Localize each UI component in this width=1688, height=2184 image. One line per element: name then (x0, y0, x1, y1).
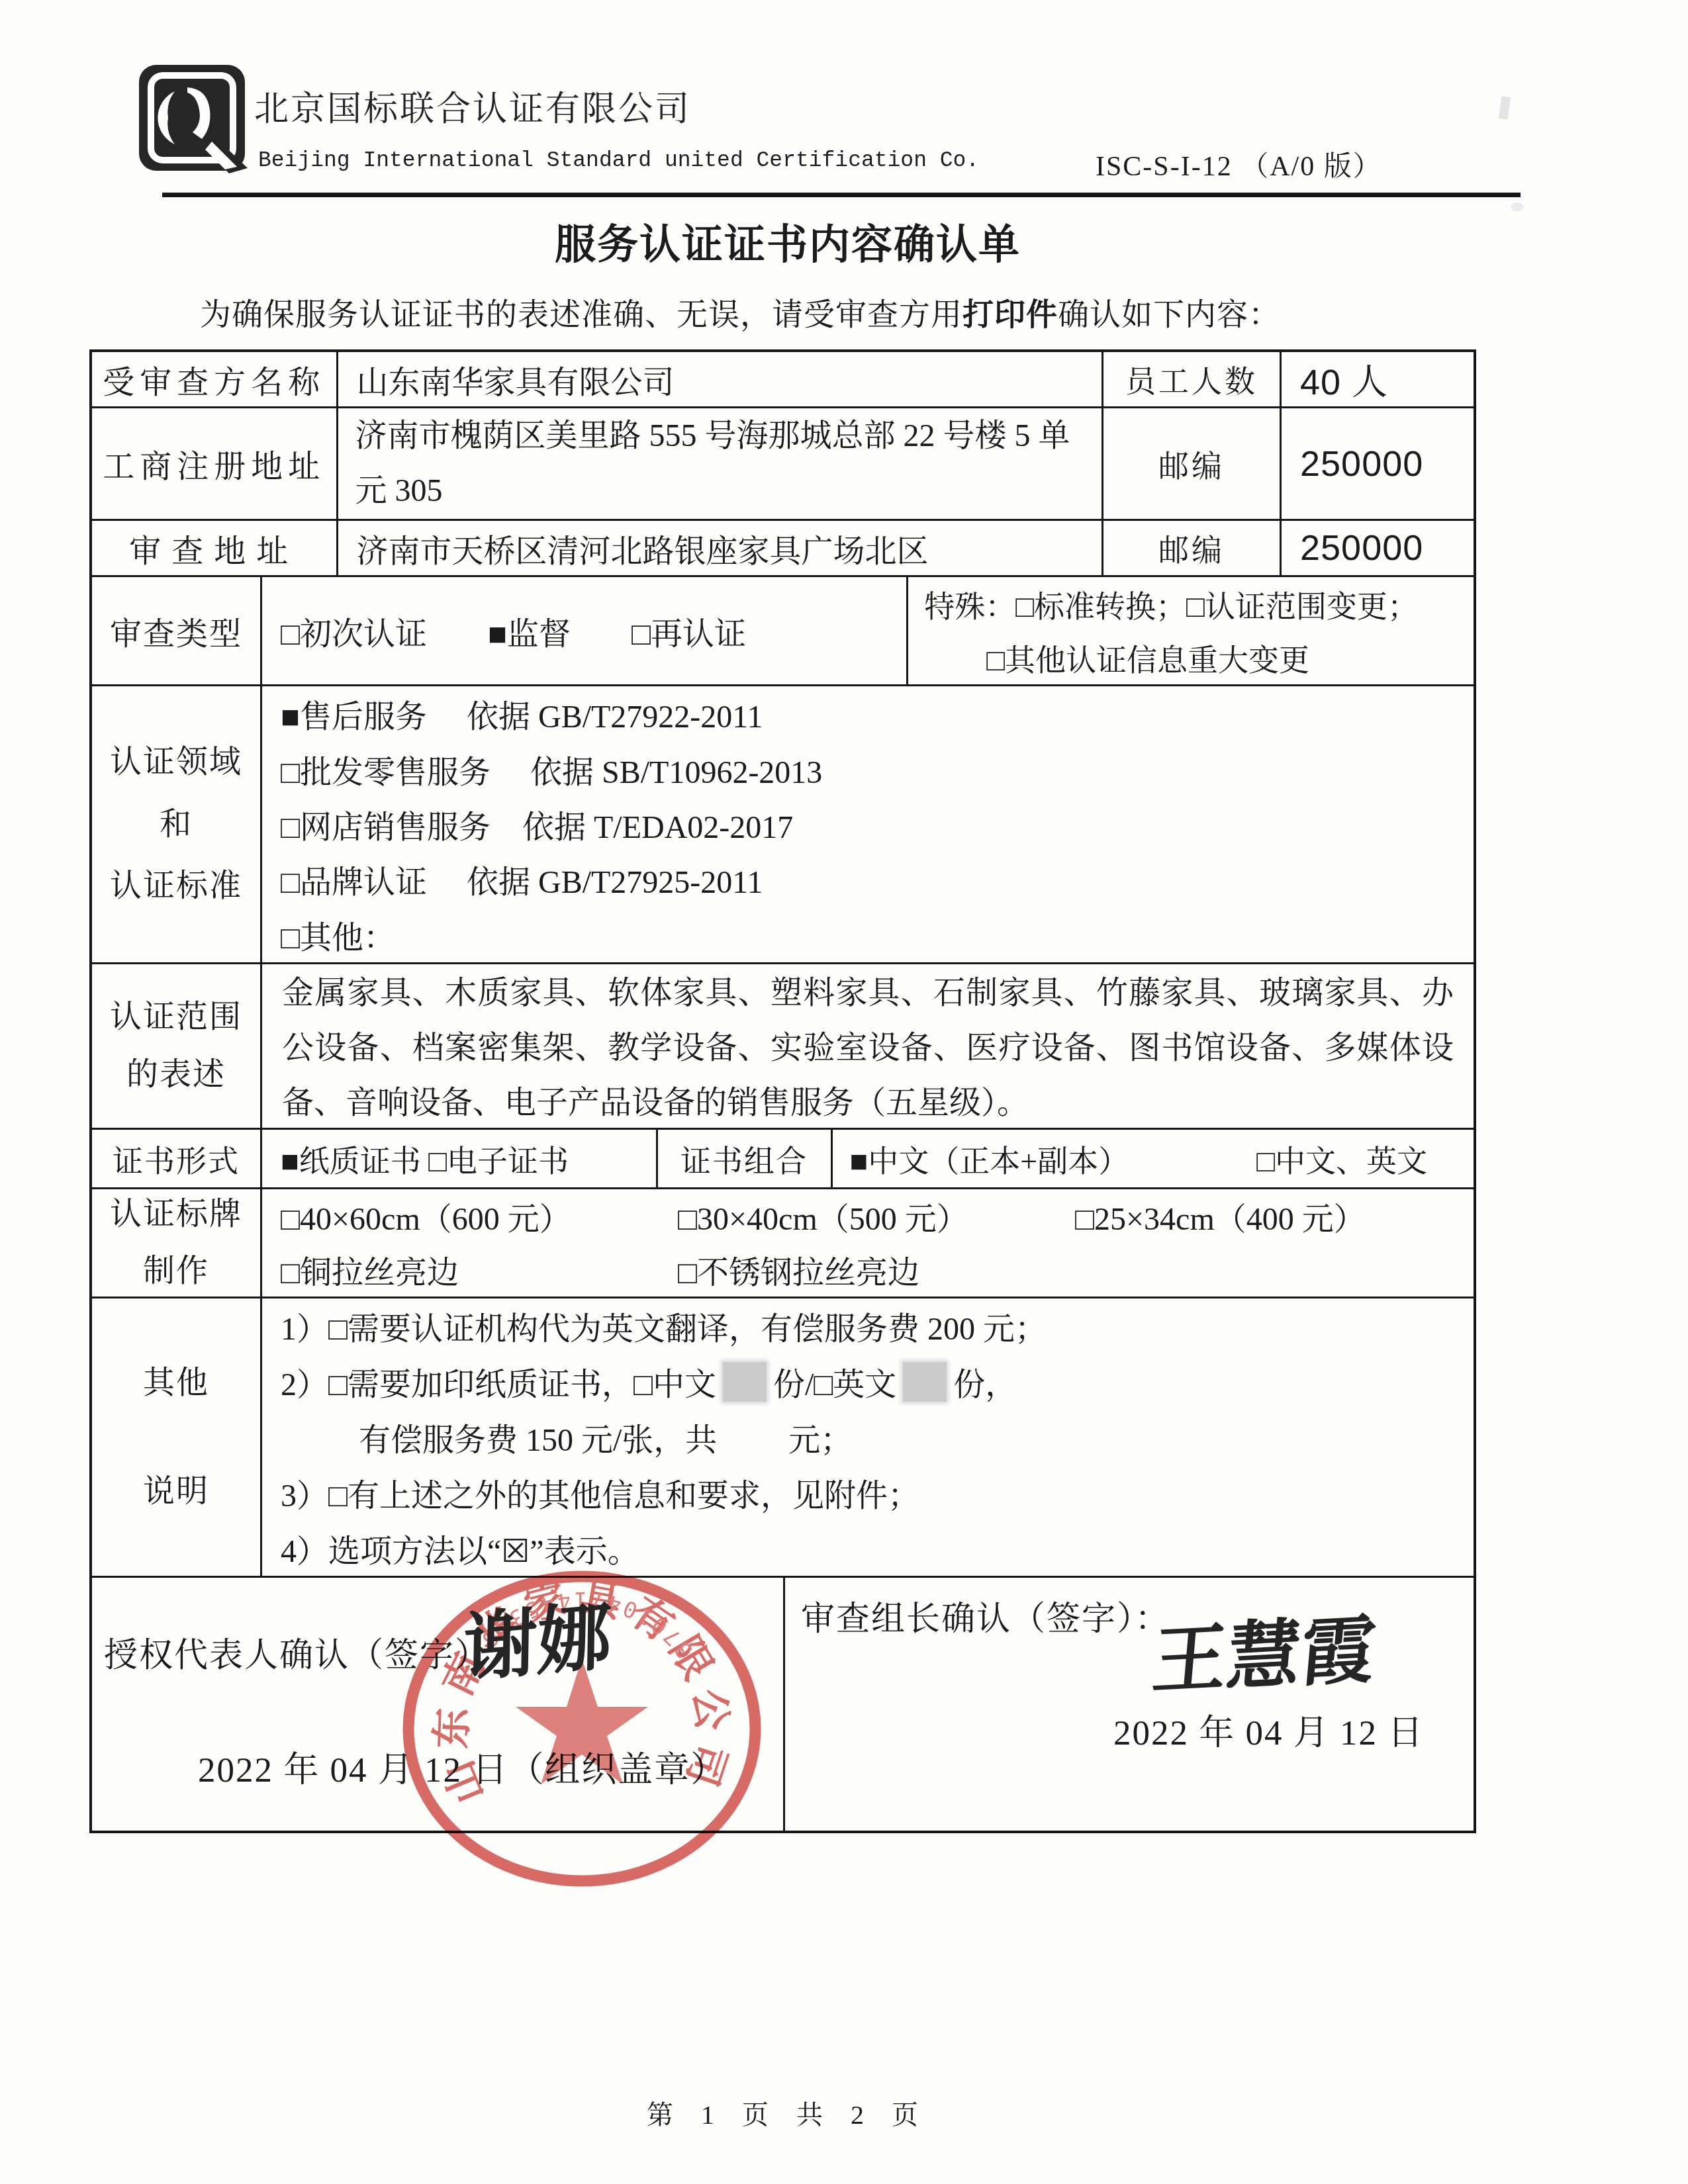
employee-count-label: 员工人数 (1102, 352, 1280, 406)
postcode-label-2: 邮编 (1102, 521, 1280, 575)
postcode-value-1: 250000 (1280, 408, 1474, 519)
plaque-edge-copper: □铜拉丝亮边 (281, 1247, 678, 1293)
row-plaque-making: 认证标牌 制作 □40×60cm（600 元） □30×40cm（500 元） … (92, 1187, 1474, 1297)
row-registered-address: 工商注册地址 济南市槐荫区美里路 555 号海那城总部 22 号楼 5 单元 3… (92, 406, 1474, 519)
registered-address-label: 工商注册地址 (92, 408, 336, 519)
intro-bold: 打印件 (962, 296, 1058, 332)
row-scope-statement: 认证范围 的表述 金属家具、木质家具、软体家具、塑料家具、石制家具、竹藤家具、玻… (92, 962, 1474, 1128)
special-options-line1: 特殊：□标准转换；□认证范围变更； (908, 577, 1418, 631)
document-code: ISC-S-I-12 （A/0 版） (1096, 144, 1382, 184)
employee-count-value: 40 人 (1280, 352, 1474, 406)
special-audit-cell: 特殊：□标准转换；□认证范围变更； □其他认证信息重大变更 (906, 577, 1474, 684)
auditee-name-label: 受审查方名称 (92, 352, 336, 406)
header-divider (162, 193, 1521, 197)
standard-online-store: □网店销售服务 依据 T/EDA02-2017 (281, 797, 793, 852)
row-auditee-name: 受审查方名称 山东南华家具有限公司 员工人数 40 人 (92, 352, 1474, 406)
plaque-making-label: 认证标牌 制作 (92, 1189, 260, 1297)
certificate-combo-options: ■中文（正本+副本） □中文、英文 (831, 1130, 1474, 1187)
certificate-combo-label: 证书组合 (656, 1130, 831, 1187)
plaque-size-25x34: □25×34cm（400 元） (1075, 1193, 1366, 1239)
standard-brand: □品牌认证 依据 GB/T27925-2011 (281, 852, 763, 907)
signature-wang-huixia: 王慧霞 (1149, 1590, 1380, 1709)
standard-other: □其他： (281, 907, 395, 962)
option-surveillance-checked: ■监督 (488, 608, 571, 654)
row-certificate-form: 证书形式 ■纸质证书 □电子证书 证书组合 ■中文（正本+副本） □中文、英文 (92, 1128, 1474, 1187)
scope-statement-label: 认证范围 的表述 (92, 964, 260, 1128)
intro-line: 为确保服务认证证书的表述准确、无误，请受审查方用打印件确认如下内容： (200, 290, 1280, 334)
page-title: 服务认证证书内容确认单 (0, 212, 1575, 271)
audit-team-leader-date: 2022 年 04 月 12 日 (1113, 1705, 1424, 1755)
scan-artifact (1499, 96, 1511, 120)
standard-after-sales-checked: ■售后服务 依据 GB/T27922-2011 (281, 686, 763, 741)
note-item-2: 2）□需要加印纸质证书，□中文 份/□英文 份， (281, 1354, 1017, 1410)
certificate-form-options: ■纸质证书 □电子证书 (260, 1130, 656, 1187)
plaque-options: □40×60cm（600 元） □30×40cm（500 元） □25×34cm… (260, 1189, 1474, 1297)
special-options-line2: □其他认证信息重大变更 (908, 631, 1309, 684)
header-company-name-en: Beijing International Standard united Ce… (258, 148, 979, 173)
combo-chinese-checked: ■中文（正本+副本） (850, 1137, 1129, 1181)
row-certification-field: 认证领域 和 认证标准 ■售后服务 依据 GB/T27922-2011 □批发零… (92, 684, 1474, 962)
plaque-size-40x60: □40×60cm（600 元） (281, 1193, 678, 1239)
postcode-label-1: 邮编 (1102, 408, 1280, 519)
bisc-logo-icon (138, 64, 252, 175)
note-item-2b: 有偿服务费 150 元/张，共 元； (281, 1410, 852, 1465)
note-item-1: 1）□需要认证机构代为英文翻译，有偿服务费 200 元； (281, 1298, 1047, 1354)
page-number: 第 1 页 共 2 页 (0, 2094, 1575, 2132)
audit-type-options: □初次认证 ■监督 □再认证 (260, 577, 906, 684)
blank-fill-box (903, 1362, 947, 1402)
intro-pre: 为确保服务认证证书的表述准确、无误，请受审查方用 (200, 298, 962, 332)
audit-address-label: 审查地址 (92, 521, 336, 575)
postcode-value-2: 250000 (1280, 521, 1474, 575)
registered-address-value: 济南市槐荫区美里路 555 号海那城总部 22 号楼 5 单元 305 (336, 408, 1102, 519)
option-initial-certification: □初次认证 (281, 608, 427, 654)
option-recertification: □再认证 (632, 608, 746, 654)
combo-chinese-english: □中文、英文 (1256, 1137, 1427, 1181)
row-audit-type: 审查类型 □初次认证 ■监督 □再认证 特殊：□标准转换；□认证范围变更； □其… (92, 575, 1474, 684)
standard-wholesale-retail: □批发零售服务 依据 SB/T10962-2013 (281, 741, 822, 796)
signature-xie-na: 谢娜 (463, 1576, 612, 1696)
note-item-3: 3）□有上述之外的其他信息和要求，见附件； (281, 1465, 919, 1520)
audit-team-leader-label: 审查组长确认（签字）： (801, 1591, 1170, 1640)
scan-artifact (1511, 203, 1524, 212)
audit-address-value: 济南市天桥区清河北路银座家具广场北区 (336, 521, 1102, 575)
blank-fill-box (723, 1362, 767, 1402)
other-notes-items: 1）□需要认证机构代为英文翻译，有偿服务费 200 元； 2）□需要加印纸质证书… (260, 1298, 1474, 1576)
intro-post: 确认如下内容： (1058, 298, 1280, 332)
auditee-name-value: 山东南华家具有限公司 (336, 352, 1102, 406)
plaque-edge-stainless: □不锈钢拉丝亮边 (678, 1247, 919, 1293)
certification-field-label: 认证领域 和 认证标准 (92, 686, 260, 962)
audit-type-label: 审查类型 (92, 577, 260, 684)
row-other-notes: 其他 说明 1）□需要认证机构代为英文翻译，有偿服务费 200 元； 2）□需要… (92, 1297, 1474, 1576)
header-company-name-cn: 北京国标联合认证有限公司 (254, 81, 691, 130)
other-notes-label: 其他 说明 (92, 1298, 260, 1576)
certification-standards-list: ■售后服务 依据 GB/T27922-2011 □批发零售服务 依据 SB/T1… (260, 686, 1474, 962)
scanned-form-page: 北京国标联合认证有限公司 Beijing International Stand… (0, 0, 1688, 2184)
row-audit-address: 审查地址 济南市天桥区清河北路银座家具广场北区 邮编 250000 (92, 519, 1474, 575)
plaque-size-30x40: □30×40cm（500 元） (678, 1193, 1075, 1239)
certificate-form-label: 证书形式 (92, 1130, 260, 1187)
scope-statement-value: 金属家具、木质家具、软体家具、塑料家具、石制家具、竹藤家具、玻璃家具、办公设备、… (260, 964, 1474, 1128)
